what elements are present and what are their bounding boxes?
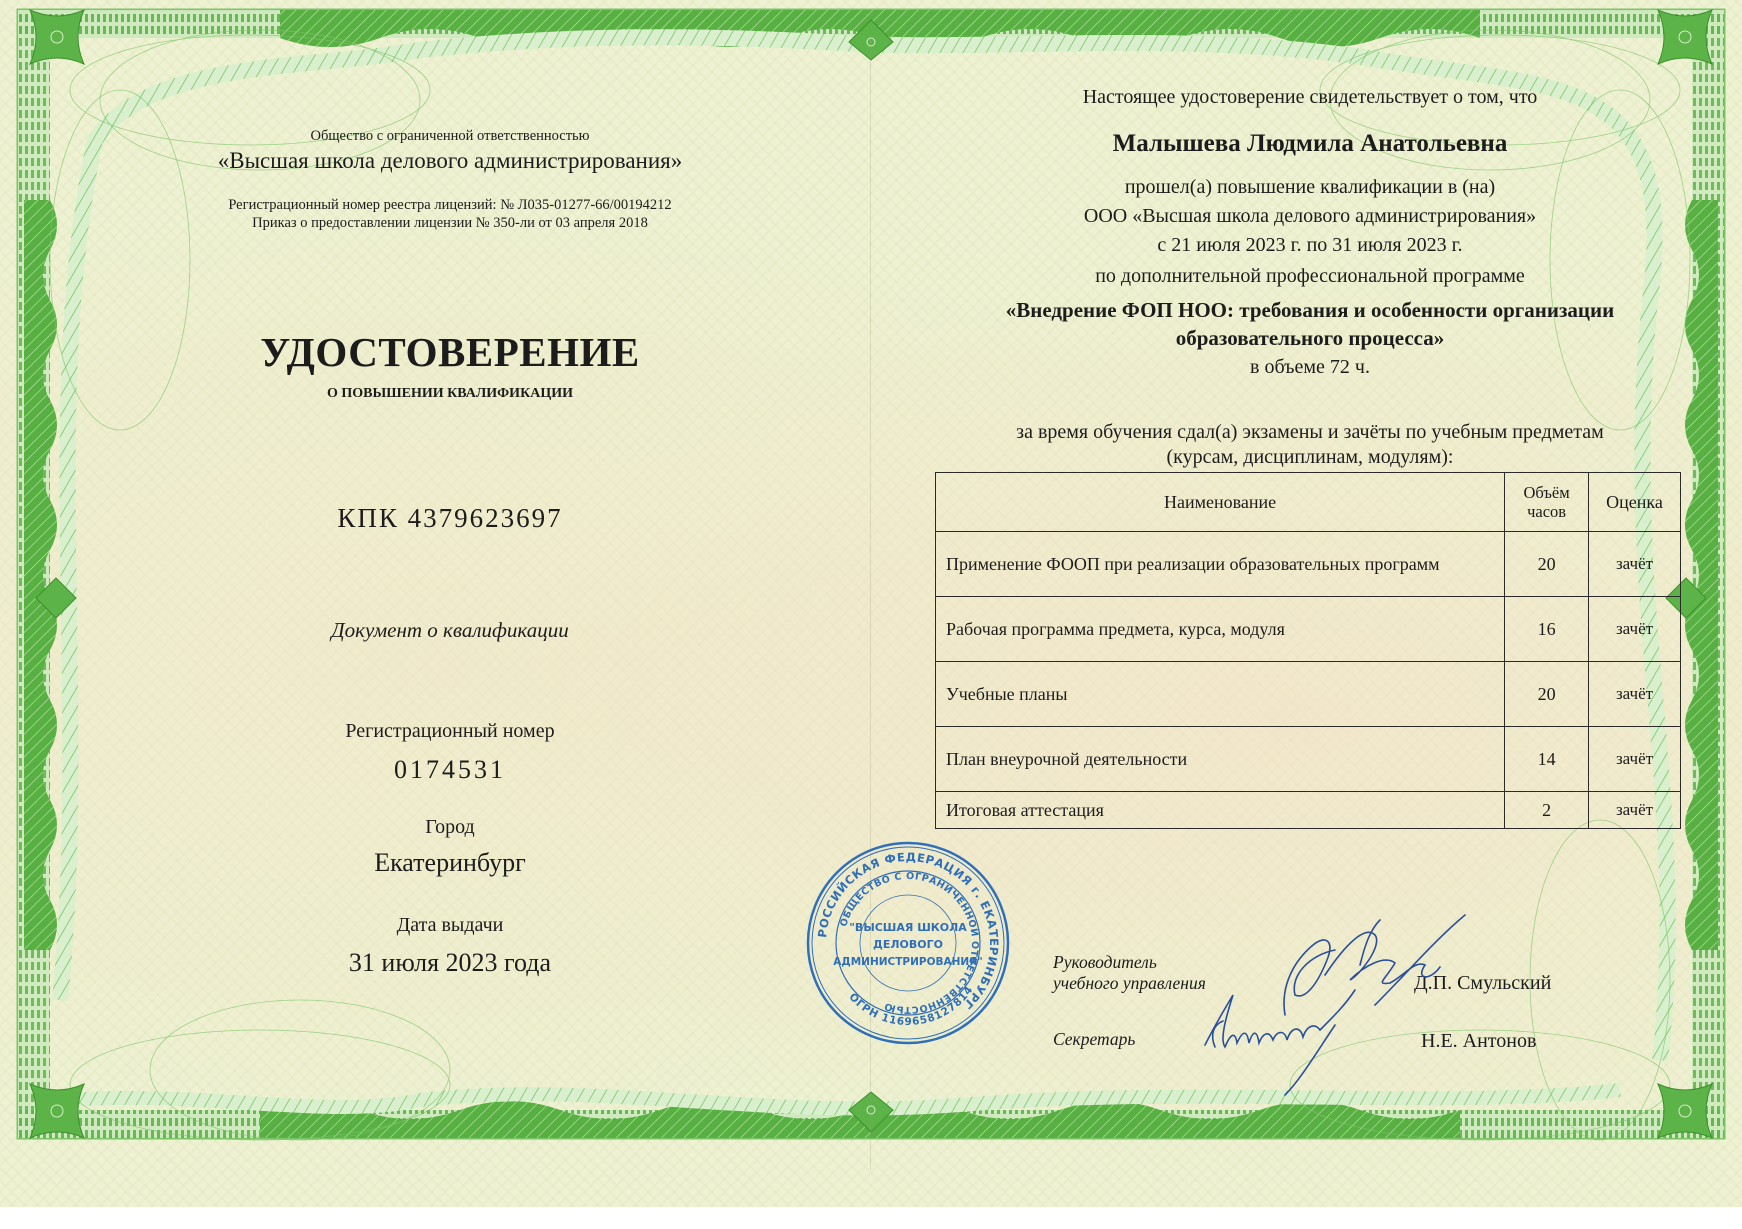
role-line1: Секретарь: [1053, 1029, 1135, 1050]
signature-head-icon: [1265, 905, 1475, 1025]
issue-date-label: Дата выдачи: [110, 914, 790, 937]
subject-name: Учебные планы: [936, 662, 1505, 727]
subject-name: Применение ФООП при реализации образоват…: [936, 532, 1505, 597]
subject-hours: 16: [1505, 597, 1589, 662]
certificate-sheet: Общество с ограниченной ответственностью…: [0, 0, 1742, 1207]
program-title: «Внедрение ФОП НОО: требования и особенн…: [930, 296, 1690, 352]
header-hours-line2: часов: [1506, 502, 1587, 521]
table-row: Применение ФООП при реализации образоват…: [936, 532, 1681, 597]
svg-text:АДМИНИСТРИРОВАНИЯ": АДМИНИСТРИРОВАНИЯ": [833, 956, 983, 968]
subject-grade: зачёт: [1589, 597, 1681, 662]
subject-grade: зачёт: [1589, 727, 1681, 792]
institution-name: ООО «Высшая школа делового администриров…: [930, 205, 1690, 228]
signatory-name-head: Д.П. Смульский: [1414, 972, 1551, 995]
exams-text: за время обучения сдал(а) экзамены и зач…: [930, 420, 1690, 470]
signatory-role-head: Руководитель учебного управления: [1053, 952, 1206, 994]
subject-name: Итоговая аттестация: [936, 792, 1505, 829]
header-name: Наименование: [936, 473, 1505, 532]
table-row: План внеурочной деятельности 14 зачёт: [936, 727, 1681, 792]
header-grade: Оценка: [1589, 473, 1681, 532]
exams-text-line1: за время обучения сдал(а) экзамены и зач…: [930, 420, 1690, 445]
program-volume: в объеме 72 ч.: [930, 356, 1690, 379]
role-line1: Руководитель: [1053, 952, 1206, 973]
subject-grade: зачёт: [1589, 662, 1681, 727]
reg-number-label: Регистрационный номер: [110, 720, 790, 743]
program-title-line2: образовательного процесса»: [930, 324, 1690, 352]
license-info: Регистрационный номер реестра лицензий: …: [110, 196, 790, 232]
subject-grade: зачёт: [1589, 792, 1681, 829]
subject-hours: 20: [1505, 532, 1589, 597]
intro-text: Настоящее удостоверение свидетельствует …: [930, 86, 1690, 109]
official-seal-icon: РОССИЙСКАЯ ФЕДЕРАЦИЯ г. ЕКАТЕРИНБУРГ ОБЩ…: [803, 838, 1013, 1048]
table-row: Итоговая аттестация 2 зачёт: [936, 792, 1681, 829]
license-reg-number: Регистрационный номер реестра лицензий: …: [110, 196, 790, 214]
svg-text:ДЕЛОВОГО: ДЕЛОВОГО: [873, 938, 943, 951]
certificate-serial: КПК 4379623697: [110, 503, 790, 534]
table-header-row: Наименование Объём часов Оценка: [936, 473, 1681, 532]
subject-hours: 14: [1505, 727, 1589, 792]
subjects-table: Наименование Объём часов Оценка Применен…: [935, 472, 1681, 829]
signatory-role-secretary: Секретарь: [1053, 1029, 1135, 1050]
table-row: Учебные планы 20 зачёт: [936, 662, 1681, 727]
header-hours: Объём часов: [1505, 473, 1589, 532]
signatory-name-secretary: Н.Е. Антонов: [1421, 1030, 1536, 1053]
header-hours-line1: Объём: [1506, 483, 1587, 502]
org-type: Общество с ограниченной ответственностью: [110, 128, 790, 145]
org-name: «Высшая школа делового администрирования…: [110, 148, 790, 174]
city: Екатеринбург: [110, 848, 790, 878]
signature-secretary-icon: [1195, 985, 1365, 1100]
program-intro: по дополнительной профессиональной прогр…: [930, 265, 1690, 288]
subject-hours: 20: [1505, 662, 1589, 727]
subject-grade: зачёт: [1589, 532, 1681, 597]
license-order: Приказ о предоставлении лицензии № 350-л…: [110, 214, 790, 232]
exams-text-line2: (курсам, дисциплинам, модулям):: [930, 445, 1690, 470]
city-label: Город: [110, 816, 790, 839]
svg-text:"ВЫСШАЯ ШКОЛА: "ВЫСШАЯ ШКОЛА: [849, 921, 967, 934]
subject-hours: 2: [1505, 792, 1589, 829]
table-row: Рабочая программа предмета, курса, модул…: [936, 597, 1681, 662]
program-title-line1: «Внедрение ФОП НОО: требования и особенн…: [930, 296, 1690, 324]
document-type: Документ о квалификации: [110, 618, 790, 643]
completed-text: прошел(а) повышение квалификации в (на): [930, 176, 1690, 199]
certificate-subtitle: О ПОВЫШЕНИИ КВАЛИФИКАЦИИ: [110, 386, 790, 402]
reg-number: 0174531: [110, 755, 790, 785]
subject-name: Рабочая программа предмета, курса, модул…: [936, 597, 1505, 662]
certificate-title: УДОСТОВЕРЕНИЕ: [110, 328, 790, 376]
subject-name: План внеурочной деятельности: [936, 727, 1505, 792]
holder-name: Малышева Людмила Анатольевна: [930, 130, 1690, 158]
study-period: с 21 июля 2023 г. по 31 июля 2023 г.: [930, 234, 1690, 257]
issue-date: 31 июля 2023 года: [110, 948, 790, 978]
role-line2: учебного управления: [1053, 973, 1206, 994]
